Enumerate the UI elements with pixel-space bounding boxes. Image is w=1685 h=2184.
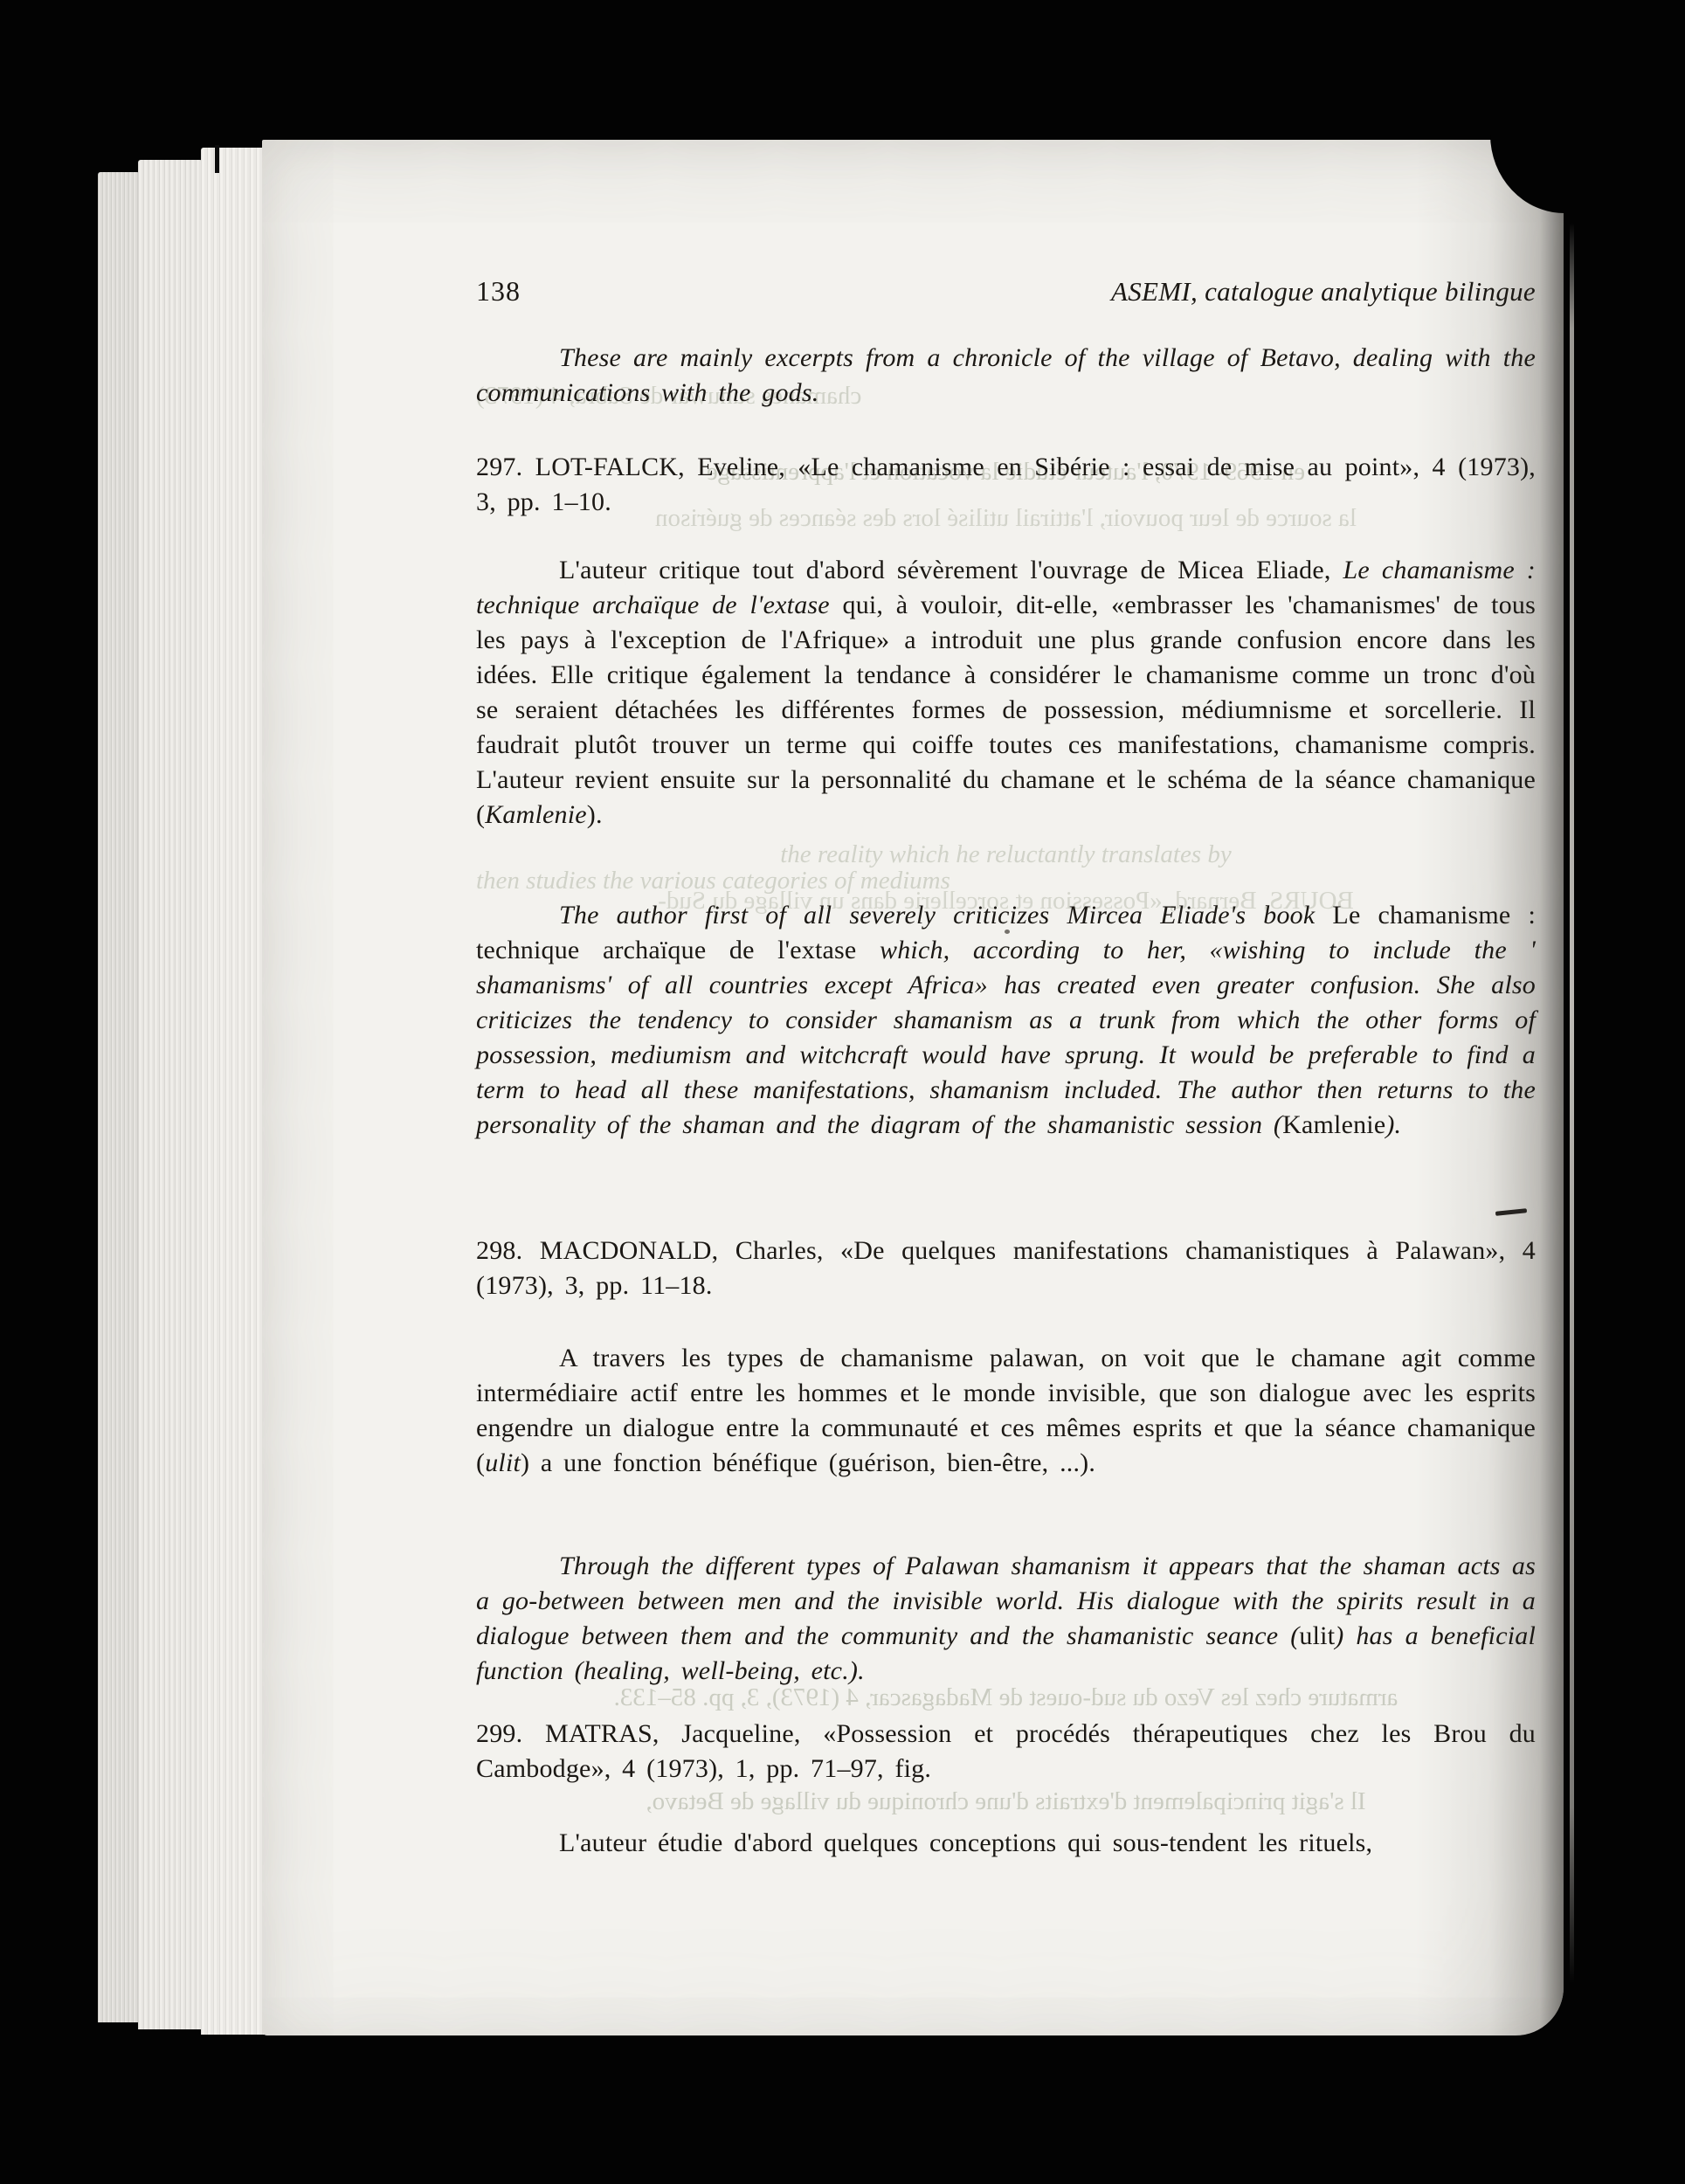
page-edge-stack-inner bbox=[201, 148, 266, 2035]
page-edge-stack-outer bbox=[98, 172, 140, 2022]
paper-speck bbox=[1005, 930, 1010, 934]
ink-mark-top-edge bbox=[215, 145, 219, 173]
scanned-book-photo: chamanes sunuwar de Sabra, 4 (1973) en 1… bbox=[0, 0, 1685, 2184]
entry-298-abstract-en: Through the different types of Palawan s… bbox=[476, 1549, 1536, 1689]
page-header: 138 ASEMI, catalogue analytique bilingue bbox=[476, 275, 1536, 308]
entry-298-citation: 298. MACDONALD, Charles, «De quelques ma… bbox=[476, 1234, 1536, 1303]
intro-paragraph-en: These are mainly excerpts from a chronic… bbox=[476, 341, 1536, 411]
running-title: ASEMI, catalogue analytique bilingue bbox=[1111, 276, 1536, 308]
entry-297-abstract-fr: L'auteur critique tout d'abord sévèremen… bbox=[476, 553, 1536, 833]
page-edge-stack-middle bbox=[138, 160, 203, 2029]
entry-297-abstract-en: The author first of all severely critici… bbox=[476, 898, 1536, 1143]
entry-297-citation: 297. LOT-FALCK, Eveline, «Le chamanisme … bbox=[476, 450, 1536, 520]
entry-299-citation: 299. MATRAS, Jacqueline, «Possession et … bbox=[476, 1717, 1536, 1787]
page-number: 138 bbox=[476, 275, 521, 308]
facing-page-edge bbox=[1570, 223, 1574, 1983]
text-column: 138 ASEMI, catalogue analytique bilingue… bbox=[476, 0, 1536, 2184]
entry-298-abstract-fr: A travers les types de chamanisme palawa… bbox=[476, 1341, 1536, 1481]
entry-299-abstract-fr: L'auteur étudie d'abord quelques concept… bbox=[476, 1826, 1536, 1861]
